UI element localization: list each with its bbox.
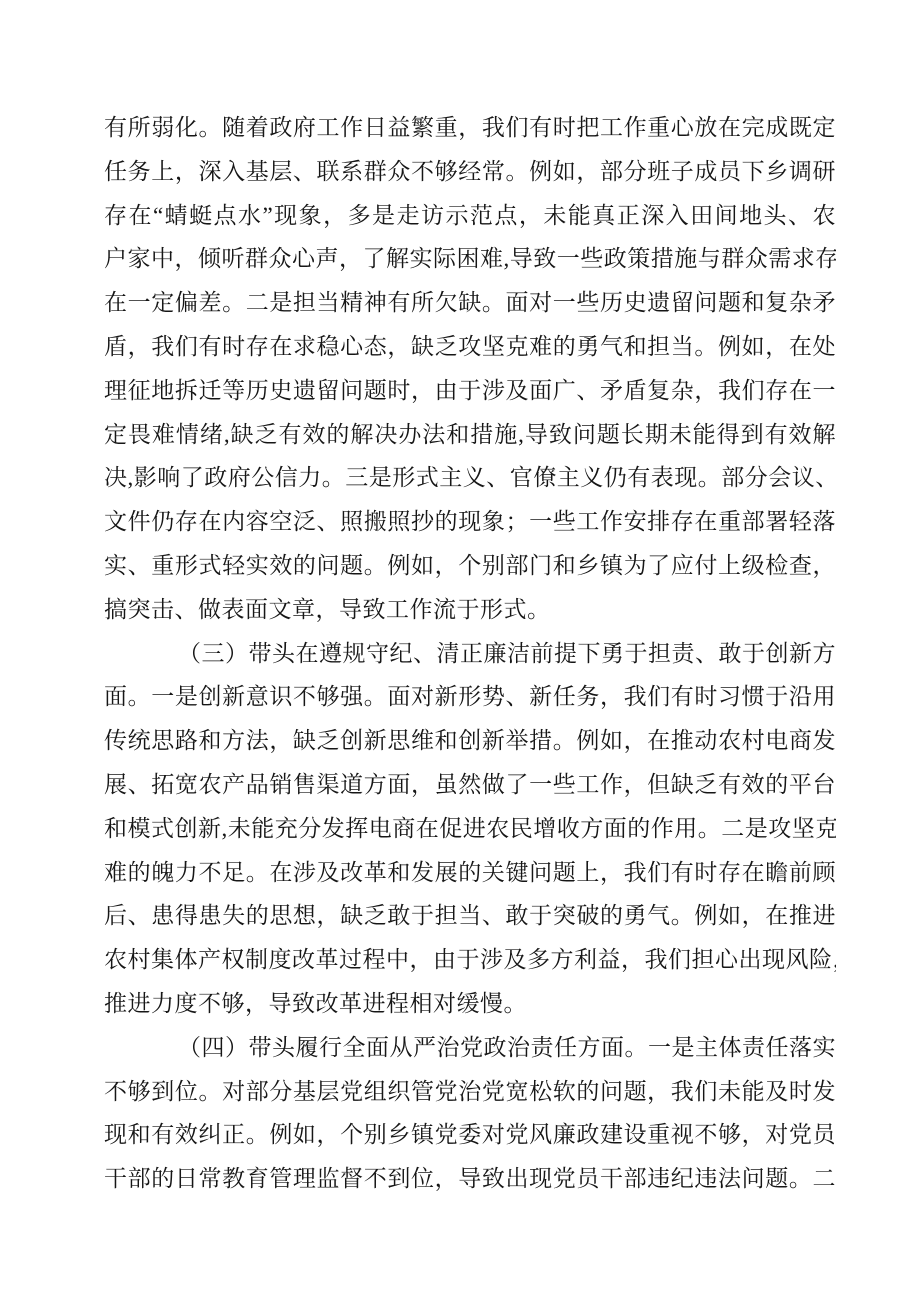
text-line: 盾，我们有时存在求稳心态，缺乏攻坚克难的勇气和担当。例如，在处 xyxy=(104,325,836,369)
text-line: 理征地拆迁等历史遗留问题时，由于涉及面广、矛盾复杂，我们存在一 xyxy=(104,369,836,413)
text-line: 有所弱化。随着政府工作日益繁重，我们有时把工作重心放在完成既定 xyxy=(104,106,836,150)
text-line: 干部的日常教育管理监督不到位，导致出现党员干部违纪违法问题。二 xyxy=(104,1157,836,1201)
text-line: 户家中，倾听群众心声，了解实际困难,导致一些政策措施与群众需求存 xyxy=(104,237,836,281)
text-line: 定畏难情绪,缺乏有效的解决办法和措施,导致问题长期未能得到有效解 xyxy=(104,413,836,457)
text-line: 存在“蜻蜓点水”现象，多是走访示范点，未能真正深入田间地头、农 xyxy=(104,194,836,238)
text-line: 和模式创新,未能充分发挥电商在促进农民增收方面的作用。二是攻坚克 xyxy=(104,807,836,851)
text-line: 决,影响了政府公信力。三是形式主义、官僚主义仍有表现。部分会议、 xyxy=(104,456,836,500)
text-line: 难的魄力不足。在涉及改革和发展的关键问题上，我们有时存在瞻前顾 xyxy=(104,851,836,895)
text-line: 传统思路和方法，缺乏创新思维和创新举措。例如，在推动农村电商发 xyxy=(104,719,836,763)
text-line: 在一定偏差。二是担当精神有所欠缺。面对一些历史遗留问题和复杂矛 xyxy=(104,281,836,325)
text-line: 任务上，深入基层、联系群众不够经常。例如，部分班子成员下乡调研 xyxy=(104,150,836,194)
text-line: 农村集体产权制度改革过程中，由于涉及多方利益，我们担心出现风险， xyxy=(104,938,836,982)
text-line-paragraph-end: 搞突击、做表面文章，导致工作流于形式。 xyxy=(104,588,836,632)
text-block: 有所弱化。随着政府工作日益繁重，我们有时把工作重心放在完成既定 任务上，深入基层… xyxy=(104,106,836,1201)
text-line: 后、患得患失的思想，缺乏敢于担当、敢于突破的勇气。例如，在推进 xyxy=(104,894,836,938)
text-line: 不够到位。对部分基层党组织管党治党宽松软的问题，我们未能及时发 xyxy=(104,1070,836,1114)
text-line-paragraph-end: 推进力度不够，导致改革进程相对缓慢。 xyxy=(104,982,836,1026)
text-line: 现和有效纠正。例如，个别乡镇党委对党风廉政建设重视不够，对党员 xyxy=(104,1113,836,1157)
text-line: 文件仍存在内容空泛、照搬照抄的现象；一些工作安排存在重部署轻落 xyxy=(104,500,836,544)
text-line: 实、重形式轻实效的问题。例如，个别部门和乡镇为了应付上级检查， xyxy=(104,544,836,588)
document-page: 有所弱化。随着政府工作日益繁重，我们有时把工作重心放在完成既定 任务上，深入基层… xyxy=(0,0,920,1301)
text-line-paragraph-start-section-4: （四）带头履行全面从严治党政治责任方面。一是主体责任落实 xyxy=(104,1026,836,1070)
text-line: 面。一是创新意识不够强。面对新形势、新任务，我们有时习惯于沿用 xyxy=(104,675,836,719)
text-line-paragraph-start-section-3: （三）带头在遵规守纪、清正廉洁前提下勇于担责、敢于创新方 xyxy=(104,632,836,676)
text-line: 展、拓宽农产品销售渠道方面，虽然做了一些工作，但缺乏有效的平台 xyxy=(104,763,836,807)
